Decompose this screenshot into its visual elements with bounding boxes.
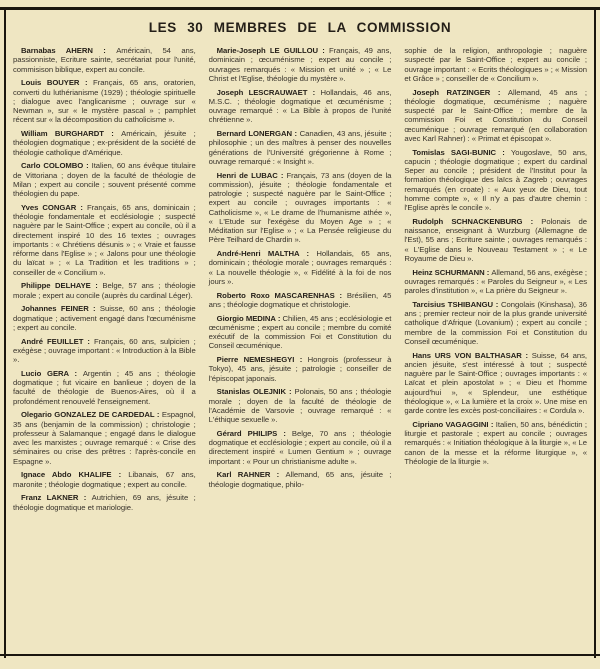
member-name: Joseph RATZINGER : xyxy=(412,88,508,97)
member-entry: Bernard LONERGAN : Canadien, 43 ans, jés… xyxy=(209,129,392,166)
member-description: Français, 73 ans (doyen de la commission… xyxy=(209,171,392,245)
member-name: Gérard PHILIPS : xyxy=(217,429,292,438)
columns-container: Barnabas AHERN : Américain, 54 ans, pass… xyxy=(13,46,587,650)
member-entry: Roberto Roxo MASCARENHAS : Brésilien, 45… xyxy=(209,291,392,310)
member-description: Yougoslave, 50 ans, capucin ; théologie … xyxy=(404,148,587,213)
member-entry: Lucio GERA : Argentin ; 45 ans ; théolog… xyxy=(13,369,196,406)
member-name: Barnabas AHERN : xyxy=(21,46,116,55)
member-name: Lucio GERA : xyxy=(21,369,83,378)
member-description: Espagnol, 35 ans (benjamin de la commiss… xyxy=(13,410,196,465)
member-name: Giorgio MEDINA : xyxy=(217,314,283,323)
member-entry: Tarcisius TSHIBANGU : Congolais (Kinshas… xyxy=(404,300,587,346)
member-entry: Henri de LUBAC : Français, 73 ans (doyen… xyxy=(209,171,392,245)
member-name: Stanislas OLEJNIK : xyxy=(217,387,295,396)
member-entry: Louis BOUYER : Français, 65 ans, oratori… xyxy=(13,78,196,124)
member-entry: Yves CONGAR : Français, 65 ans, dominica… xyxy=(13,203,196,277)
member-name: Henri de LUBAC : xyxy=(217,171,287,180)
member-entry: Karl RAHNER : Allemand, 65 ans, jésuite … xyxy=(209,470,392,489)
member-entry: Stanislas OLEJNIK : Polonais, 50 ans ; t… xyxy=(209,387,392,424)
member-entry: Olegario GONZALEZ DE CARDEDAL : Espagnol… xyxy=(13,410,196,466)
text-column-3: sophie de la religion, anthropologie ; n… xyxy=(404,46,587,650)
member-description: Allemand, 45 ans ; théologie dogmatique,… xyxy=(404,88,587,143)
member-entry: Pierre NEMESHEGYI : Hongrois (professeur… xyxy=(209,355,392,383)
member-entry: Hans URS VON BALTHASAR : Suisse, 64 ans,… xyxy=(404,351,587,416)
member-name: Ignace Abdo KHALIFE : xyxy=(21,470,128,479)
member-name: Olegario GONZALEZ DE CARDEDAL : xyxy=(21,410,162,419)
member-entry: Franz LAKNER : Autrichien, 69 ans, jésui… xyxy=(13,493,196,512)
member-entry: Barnabas AHERN : Américain, 54 ans, pass… xyxy=(13,46,196,74)
member-description: sophie de la religion, anthropologie ; n… xyxy=(404,46,587,83)
text-column-2: Marie-Joseph LE GUILLOU : Français, 49 a… xyxy=(209,46,392,650)
member-entry: Ignace Abdo KHALIFE : Libanais, 67 ans, … xyxy=(13,470,196,489)
member-description: Suisse, 64 ans, ancien jésuite, s'est in… xyxy=(404,351,587,416)
member-name: Rudolph SCHNACKENBURG : xyxy=(412,217,541,226)
member-entry: Philippe DELHAYE : Belge, 57 ans ; théol… xyxy=(13,281,196,300)
scanned-document-page: { "page": { "title": "LES 30 MEMBRES DE … xyxy=(0,0,600,669)
member-name: William BURGHARDT : xyxy=(21,129,121,138)
member-name: Tomislas SAGI-BUNIC : xyxy=(412,148,511,157)
member-entry: Heinz SCHURMANN : Allemand, 56 ans, exég… xyxy=(404,268,587,296)
member-name: Tarcisius TSHIBANGU : xyxy=(412,300,501,309)
member-name: André FEUILLET : xyxy=(21,337,94,346)
member-name: Johannes FEINER : xyxy=(21,304,100,313)
member-name: Pierre NEMESHEGYI : xyxy=(217,355,308,364)
top-rule xyxy=(0,7,600,10)
member-entry: Tomislas SAGI-BUNIC : Yougoslave, 50 ans… xyxy=(404,148,587,213)
right-border-rule xyxy=(594,7,596,658)
page-title: LES 30 MEMBRES DE LA COMMISSION xyxy=(0,20,600,35)
member-entry-continuation: sophie de la religion, anthropologie ; n… xyxy=(404,46,587,83)
member-entry: Gérard PHILIPS : Belge, 70 ans ; théolog… xyxy=(209,429,392,466)
member-name: Karl RAHNER : xyxy=(217,470,286,479)
member-name: Joseph LESCRAUWAET : xyxy=(217,88,321,97)
member-entry: Rudolph SCHNACKENBURG : Polonais de nais… xyxy=(404,217,587,263)
left-border-rule xyxy=(4,7,6,658)
member-name: Roberto Roxo MASCARENHAS : xyxy=(217,291,347,300)
text-column-1: Barnabas AHERN : Américain, 54 ans, pass… xyxy=(13,46,196,650)
member-entry: Giorgio MEDINA : Chilien, 45 ans ; ecclé… xyxy=(209,314,392,351)
member-description: Français, 65 ans, dominicain ; théologie… xyxy=(13,203,196,277)
member-name: Louis BOUYER : xyxy=(21,78,93,87)
member-name: Cipriano VAGAGGINI : xyxy=(412,420,495,429)
member-entry: André-Henri MALTHA : Hollandais, 65 ans,… xyxy=(209,249,392,286)
member-entry: Joseph LESCRAUWAET : Hollandais, 46 ans,… xyxy=(209,88,392,125)
member-entry: Johannes FEINER : Suisse, 60 ans ; théol… xyxy=(13,304,196,332)
member-name: Marie-Joseph LE GUILLOU : xyxy=(217,46,329,55)
bottom-rule xyxy=(0,654,600,656)
member-entry: Cipriano VAGAGGINI : Italien, 50 ans, bé… xyxy=(404,420,587,466)
member-name: Heinz SCHURMANN : xyxy=(412,268,491,277)
member-entry: André FEUILLET : Français, 60 ans, sulpi… xyxy=(13,337,196,365)
member-entry: William BURGHARDT : Américain, jésuite ;… xyxy=(13,129,196,157)
member-name: Carlo COLOMBO : xyxy=(21,161,92,170)
member-entry: Joseph RATZINGER : Allemand, 45 ans ; th… xyxy=(404,88,587,144)
member-name: Bernard LONERGAN : xyxy=(217,129,300,138)
member-entry: Marie-Joseph LE GUILLOU : Français, 49 a… xyxy=(209,46,392,83)
member-name: Hans URS VON BALTHASAR : xyxy=(412,351,531,360)
member-name: Philippe DELHAYE : xyxy=(21,281,102,290)
member-name: Franz LAKNER : xyxy=(21,493,92,502)
member-entry: Carlo COLOMBO : Italien, 60 ans évêque t… xyxy=(13,161,196,198)
member-name: André-Henri MALTHA : xyxy=(217,249,317,258)
member-name: Yves CONGAR : xyxy=(21,203,87,212)
